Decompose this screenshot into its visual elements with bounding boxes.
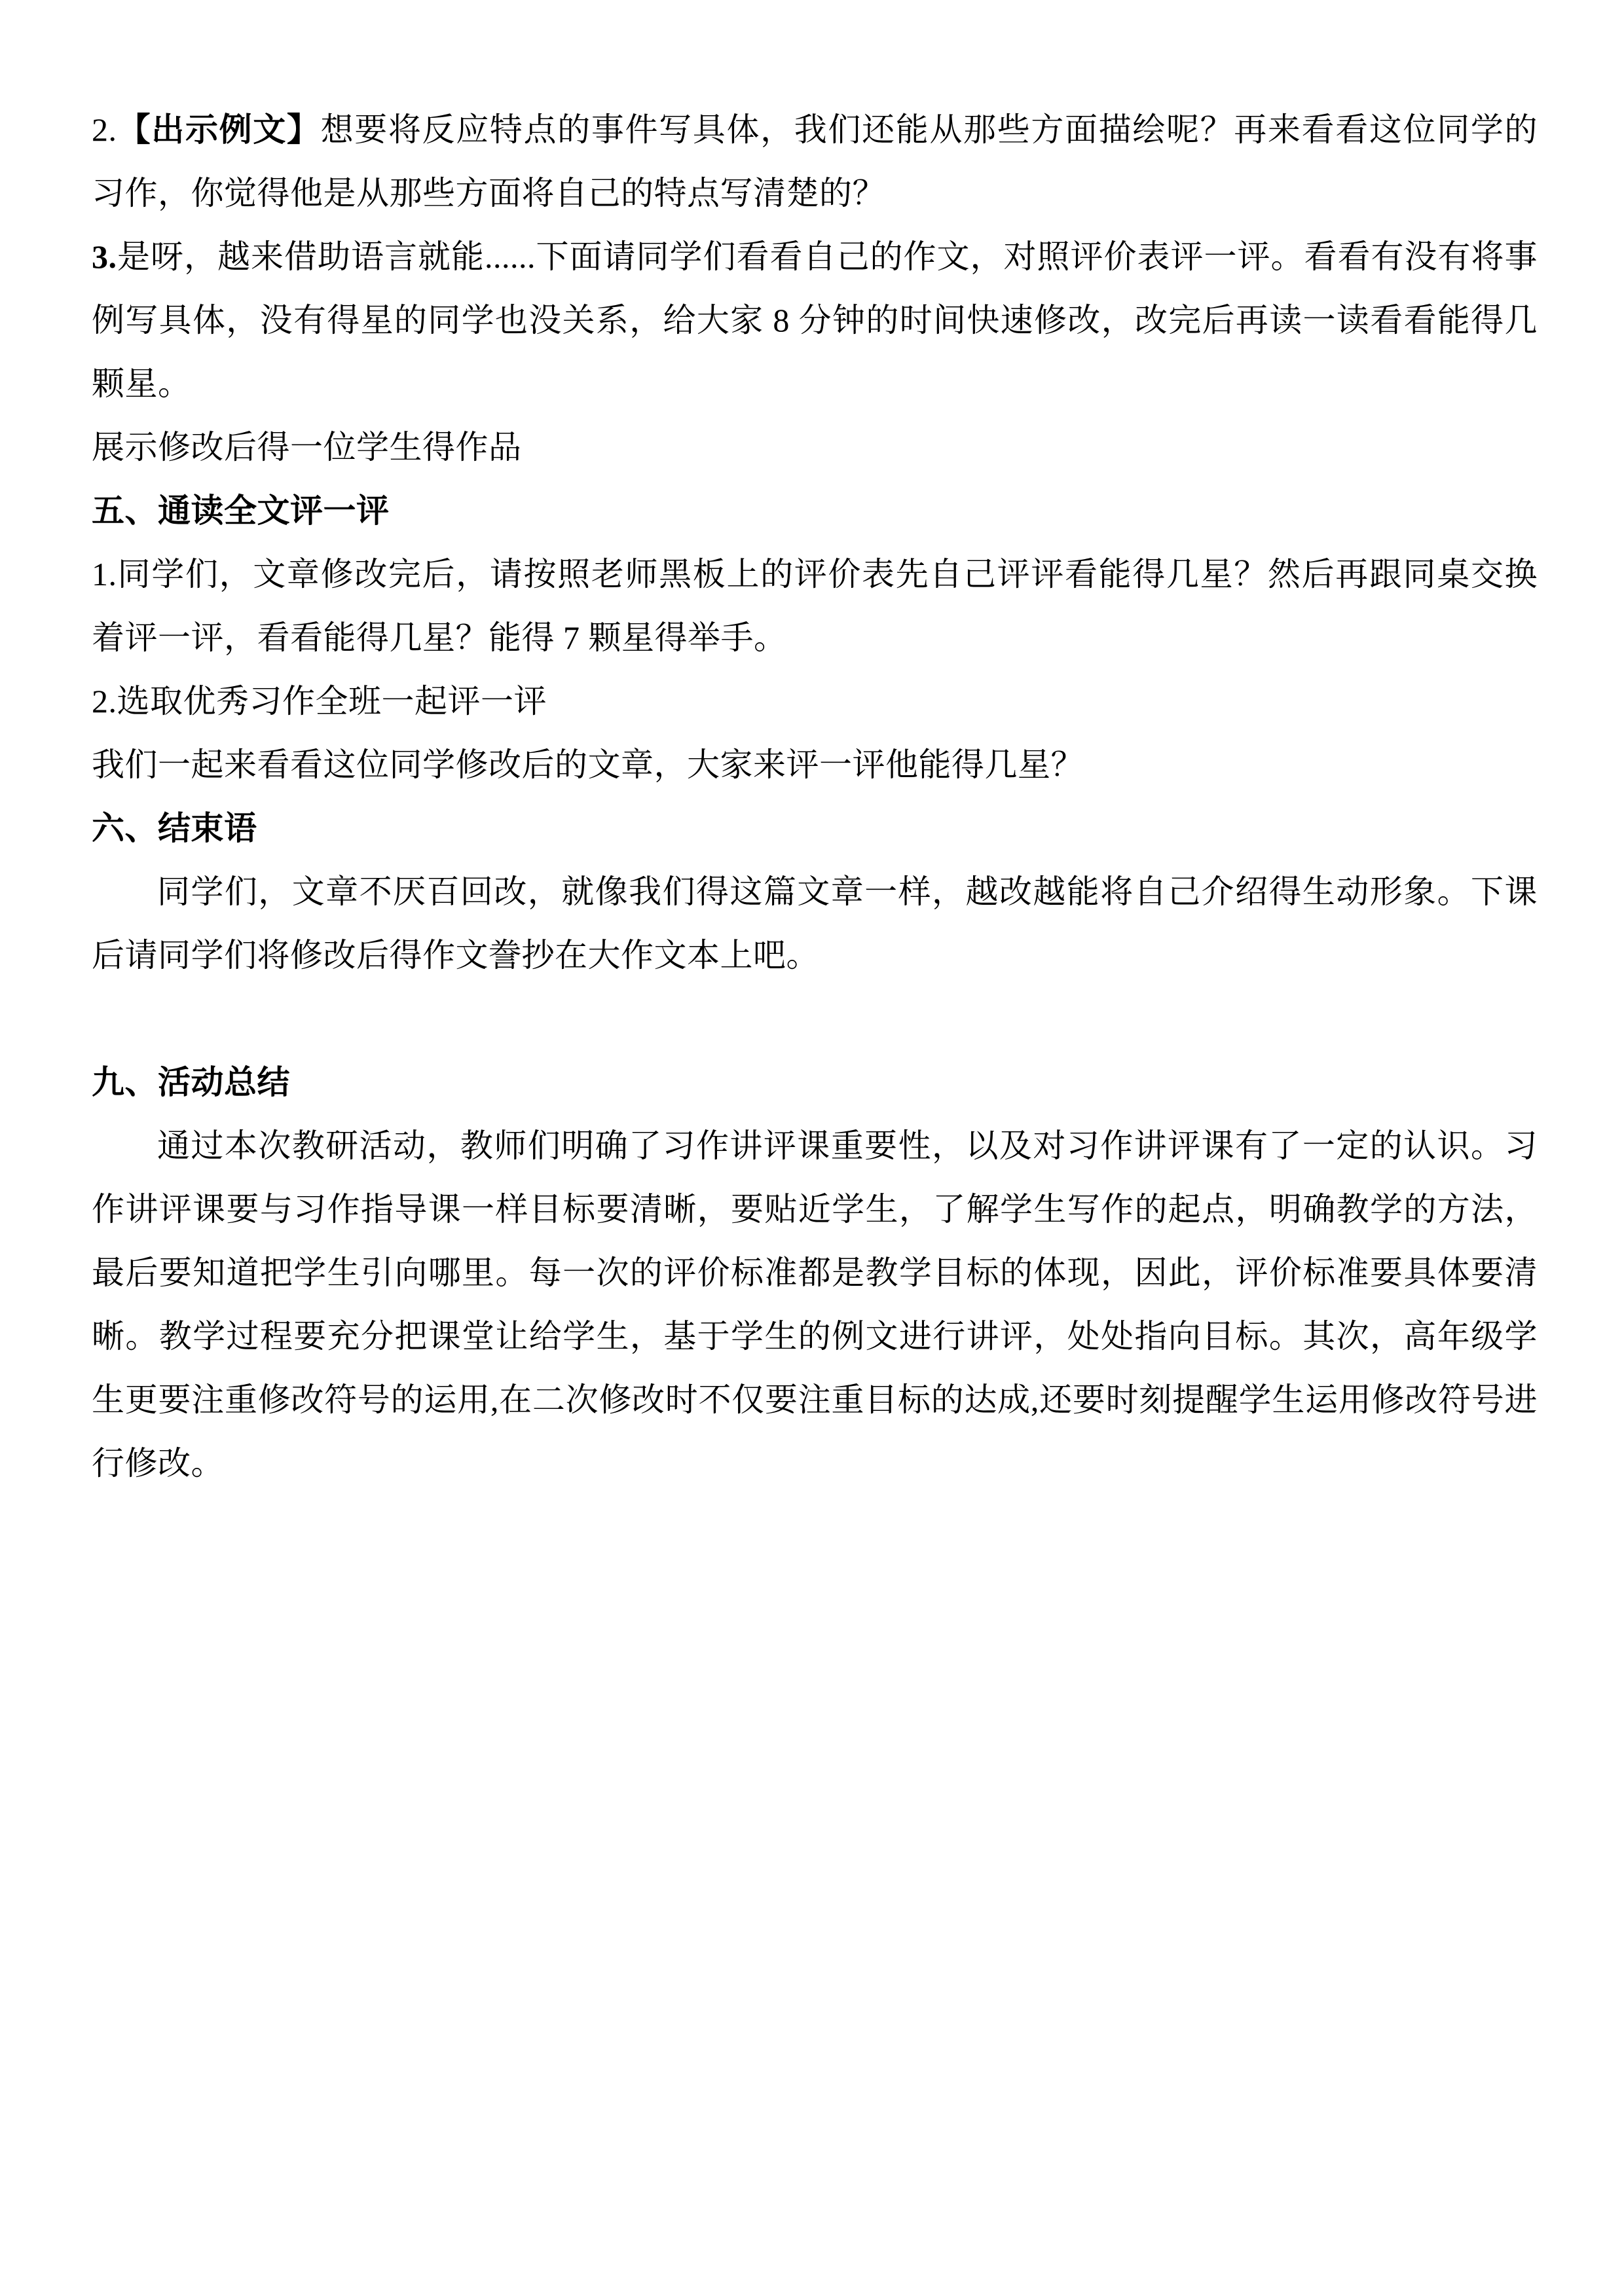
document-page: 2.【出示例文】想要将反应特点的事件写具体，我们还能从那些方面描绘呢？再来看看这…: [0, 0, 1624, 2296]
paragraph-show-example: 2.【出示例文】想要将反应特点的事件写具体，我们还能从那些方面描绘呢？再来看看这…: [92, 98, 1538, 225]
paragraph-text: 是呀，越来借助语言就能......下面请同学们看看自己的作文，对照评价表评一评。…: [92, 238, 1538, 402]
paragraph-teacher-prompt: 3.是呀，越来借助语言就能......下面请同学们看看自己的作文，对照评价表评一…: [92, 225, 1538, 416]
document-body: 2.【出示例文】想要将反应特点的事件写具体，我们还能从那些方面描绘呢？再来看看这…: [92, 98, 1538, 1495]
section-heading-nine: 九、活动总结: [92, 1051, 1538, 1114]
paragraph-show-revised-work: 展示修改后得一位学生得作品: [92, 416, 1538, 479]
bold-bracket-label: 【出示例文】: [117, 111, 321, 148]
paragraph-select-excellent-work: 2.选取优秀习作全班一起评一评: [92, 670, 1538, 733]
list-number: 2.: [92, 111, 117, 148]
section-heading-five: 五、通读全文评一评: [92, 479, 1538, 543]
list-number-bold: 3.: [92, 238, 117, 275]
section-heading-six: 六、结束语: [92, 797, 1538, 860]
paragraph-self-evaluation: 1.同学们，文章修改完后，请按照老师黑板上的评价表先自己评评看能得几星？然后再跟…: [92, 543, 1538, 670]
paragraph-class-evaluation: 我们一起来看看这位同学修改后的文章，大家来评一评他能得几星？: [92, 733, 1538, 797]
paragraph-activity-summary: 通过本次教研活动，教师们明确了习作讲评课重要性，以及对习作讲评课有了一定的认识。…: [92, 1114, 1538, 1495]
paragraph-closing-remarks: 同学们，文章不厌百回改，就像我们得这篇文章一样，越改越能将自己介绍得生动形象。下…: [92, 860, 1538, 987]
